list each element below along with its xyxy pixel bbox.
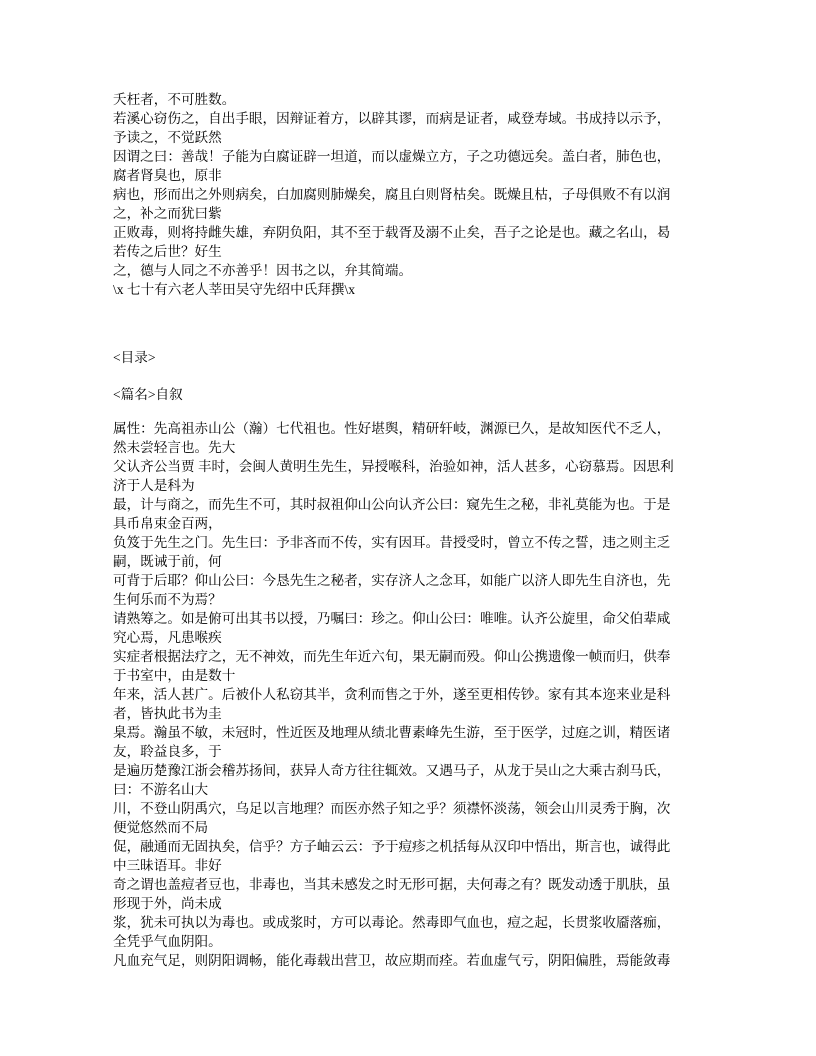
text-line: 川，不登山阴禹穴，乌足以言地理？而医亦然子知之乎？须襟怀淡荡，领会山川灵秀于胸，… [113,799,725,818]
text-line: 最，计与商之，而先生不可，其时叔祖仰山公向认齐公曰：窥先生之秘，非礼莫能为也。于… [113,495,725,514]
text-line: 属性：先高祖赤山公（瀚）七代祖也。性好堪舆，精研轩岐，渊源已久，是故知医代不乏人… [113,419,725,438]
text-line: 济于人是科为 [113,476,725,495]
text-line: 臬焉。瀚虽不敏，未冠时，性近医及地理从绩北曹素峰先生游，至于医学，过庭之训，精医… [113,723,725,742]
text-line: 中三昧语耳。非好 [113,856,725,875]
text-line: 是遍历楚豫江浙会稽苏扬间，获异人奇方往往辄效。又遇马子，从龙于吴山之大乘古刹马氏… [113,761,725,780]
text-line: 负笈于先生之门。先生曰：予非吝而不传，实有因耳。昔授受时，曾立不传之誓，违之则主… [113,533,725,552]
text-line: 请熟筹之。如是俯可出其书以授，乃嘱曰：珍之。仰山公曰：唯唯。认齐公旋里，命父伯辈… [113,609,725,628]
text-line: 形现于外，尚未成 [113,894,725,913]
text-line: 父认齐公当贾 丰时，会闽人黄明生先生，异授喉科，治验如神，活人甚多，心窃慕焉。因… [113,457,725,476]
text-line: 年来，活人甚广。后被仆人私窃其半，贪利而售之于外，遂至更相传钞。家有其本迩来业是… [113,685,725,704]
text-line: 生何乐而不为焉？ [113,590,725,609]
text-line: 之，补之而犹曰紫 [113,204,725,223]
text-line: 全凭乎气血阴阳。 [113,932,725,951]
text-line: 者，皆执此书为圭 [113,704,725,723]
text-line: 凡血充气足，则阴阳调畅，能化毒载出营卫，故应期而痊。若血虚气亏，阴阳偏胜，焉能敛… [113,951,725,970]
text-line: 曰：不游名山大 [113,780,725,799]
text-line: 病也，形而出之外则病矣，白加腐则肺燥矣，腐且白则肾枯矣。既燥且枯，子母俱败不有以… [113,185,725,204]
self-narration-paragraph: 属性：先高祖赤山公（瀚）七代祖也。性好堪舆，精研轩岐，渊源已久，是故知医代不乏人… [113,419,725,970]
text-line: 实症者根据法疗之，无不神效，而先生年近六旬，果无嗣而殁。仰山公携遗像一帧而归，供… [113,647,725,666]
text-line: 究心焉，凡患喉疾 [113,628,725,647]
text-line: 促，融通而无固执矣，信乎？方子岫云云：予于痘疹之机括每从汉印中悟出，斯言也，诚得… [113,837,725,856]
text-line: 腐者肾臭也，原非 [113,166,725,185]
text-line: 便觉悠然而不局 [113,818,725,837]
text-line: 若溪心窃伤之，自出手眼，因辩证着方，以辟其谬，而病是证者，咸登寿域。书成持以示予… [113,109,725,128]
toc-marker: <目录> [113,348,725,367]
text-line: 具币帛束金百两， [113,514,725,533]
text-line: 之，德与人同之不亦善乎！因书之以，弁其简端。 [113,261,725,280]
text-line: 若传之后世？好生 [113,242,725,261]
text-line: 夭枉者，不可胜数。 [113,90,725,109]
text-line: 奇之谓也盖痘者豆也，非毒也，当其未感发之时无形可据，夫何毒之有？既发动透于肌肤，… [113,875,725,894]
section-title-marker: <篇名>自叙 [113,385,725,404]
text-line: 可背于后耶？仰山公曰：今恳先生之秘者，实存济人之念耳，如能广以济人即先生自济也，… [113,571,725,590]
preface-paragraph: 夭枉者，不可胜数。若溪心窃伤之，自出手眼，因辩证着方，以辟其谬，而病是证者，咸登… [113,90,725,299]
text-line: 友，聆益良多，于 [113,742,725,761]
text-line: 嗣，既诫于前，何 [113,552,725,571]
text-line: 然未尝轻言也。先大 [113,438,725,457]
text-line: 予读之，不觉跃然 [113,128,725,147]
text-line: \x 七十有六老人莘田吴守先绍中氏拜撰\x [113,280,725,299]
document-page: 夭枉者，不可胜数。若溪心窃伤之，自出手眼，因辩证着方，以辟其谬，而病是证者，咸登… [0,0,816,1056]
text-line: 于书室中，由是数十 [113,666,725,685]
text-line: 浆，犹未可执以为毒也。或成浆时，方可以毒论。然毒即气血也，痘之起，长贯浆收靥落痂… [113,913,725,932]
text-line: 因谓之曰：善哉！子能为白腐证辟一坦道，而以虚燥立方，子之功德远矣。盖白者，肺色也… [113,147,725,166]
text-line: 正败毒，则将持雌失雄，弃阴负阳，其不至于载胥及溺不止矣，吾子之论是也。藏之名山，… [113,223,725,242]
